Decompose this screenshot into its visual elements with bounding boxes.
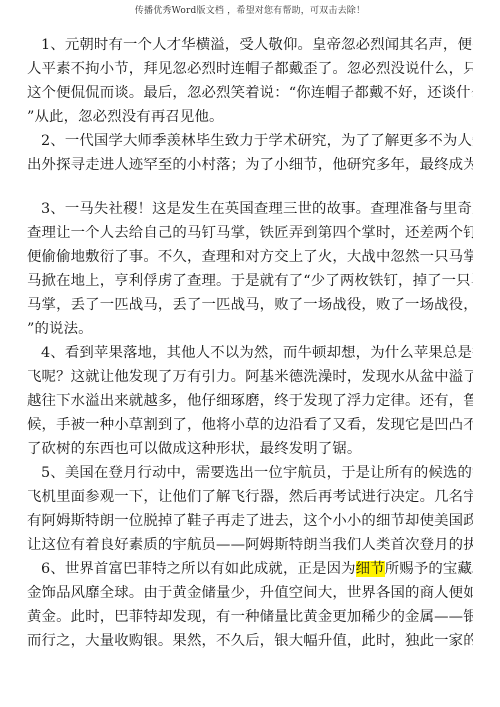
paragraph-2: 2、一代国学大师季羡林毕生致力于学术研究，为了了解更多不为人知的小细节，他 出外… (27, 129, 473, 177)
paragraph-spacer (27, 177, 473, 197)
text-line: 飞呢？这就让他发现了万有引力。阿基米德洗澡时，发现水从盆中溢了出来，而且身体 (27, 365, 473, 389)
text-line: 黄金。此时，巴菲特却发现，有一种储量比黄金更加稀少的金属——银。于是，他便逆 (27, 605, 473, 629)
text-line: 3、一马失社稷！这是发生在英国查理三世的故事。查理准备与里奇蒙德决一死战， (27, 197, 473, 221)
text-span: 所赐予的宝藏。多年之前，黄 (385, 561, 473, 577)
text-line: 2、一代国学大师季羡林毕生致力于学术研究，为了了解更多不为人知的小细节，他 (27, 129, 473, 153)
text-line: 4、看到苹果落地，其他人不以为然，而牛顿却想，为什么苹果总是往下掉而不往上 (27, 341, 473, 365)
text-line: 6、世界首富巴菲特之所以有如此成就，正是因为细节所赐予的宝藏。多年之前，黄 (27, 557, 473, 581)
text-line: 金饰品风靡全球。由于黄金储量少，升值空间大，世界各国的商人便如潮涌般大量收购 (27, 581, 473, 605)
document-header-notice: 传播优秀Word版文档 ，希望对您有帮助，可双击去除！ (0, 3, 500, 16)
text-line: 越往下水溢出来就越多，他仔细琢磨，终于发现了浮力定律。还有，鲁班上山砍柴的时 (27, 389, 473, 413)
text-line: 而行之，大量收购银。果然，不久后，银大幅升值，此时，独此一家的巴菲特便扶摇而 (27, 629, 473, 653)
text-line: 这个便侃侃而谈。最后，忽必烈笑着说：“你连帽子都戴不好，还谈什么治国之道呢？ (27, 81, 473, 105)
text-line: 飞机里面参观一下，让他们了解飞行器，然后再考试进行决定。几名宇航员进去了，只 (27, 485, 473, 509)
document-page: 1、元朝时有一个人才华横溢，受人敬仰。皇帝忽必烈闻其名声，便召见了他。这个 人平… (27, 33, 473, 653)
text-line: 查理让一个人去给自己的马钉马掌，铁匠弄到第四个掌时，还差两个钉子来钉第四个掌， (27, 221, 473, 245)
paragraph-1: 1、元朝时有一个人才华横溢，受人敬仰。皇帝忽必烈闻其名声，便召见了他。这个 人平… (27, 33, 473, 129)
text-line: 候，手被一种小草割到了，他将小草的边沿看了又看，发现它是凹凸不平的，由此想到 (27, 413, 473, 437)
text-line: 人平素不拘小节，拜见忽必烈时连帽子都戴歪了。忽必烈没说什么，只问其治国之道， (27, 57, 473, 81)
text-line: 马掀在地上，亨利俘虏了查理。于是就有了“少了两枚铁钉，掉了一只马掌，掉了一只 (27, 269, 473, 293)
text-line: 1、元朝时有一个人才华横溢，受人敬仰。皇帝忽必烈闻其名声，便召见了他。这个 (27, 33, 473, 57)
text-line: 出外探寻走进人迹罕至的小村落；为了小细节，他研究多年，最终成为国人敬仰的大师。 (27, 153, 473, 177)
highlighted-word: 细节 (356, 561, 385, 577)
paragraph-3: 3、一马失社稷！这是发生在英国查理三世的故事。查理准备与里奇蒙德决一死战， 查理… (27, 197, 473, 341)
text-span: 6、世界首富巴菲特之所以有如此成就，正是因为 (41, 561, 356, 577)
text-line: 5、美国在登月行动中，需要选出一位宇航员，于是让所有的候选的宇航员来到航天 (27, 461, 473, 485)
text-line: 有阿姆斯特朗一位脱掉了鞋子再走了进去，这个小小的细节却使美国政府官员当即决定， (27, 509, 473, 533)
text-line: 让这位有着良好素质的宇航员——阿姆斯特朗当我们人类首次登月的执行人。 (27, 533, 473, 557)
text-line: 了砍树的东西也可以做成这种形状，最终发明了锯。 (27, 437, 473, 461)
text-line: 便偷偷地敷衍了事。不久，查理和对方交上了火，大战中忽然一只马掌掉了，国王被战 (27, 245, 473, 269)
paragraph-6: 6、世界首富巴菲特之所以有如此成就，正是因为细节所赐予的宝藏。多年之前，黄 金饰… (27, 557, 473, 653)
paragraph-4: 4、看到苹果落地，其他人不以为然，而牛顿却想，为什么苹果总是往下掉而不往上 飞呢… (27, 341, 473, 461)
text-line: 马掌，丢了一匹战马，丢了一匹战马，败了一场战役，败了一场战役，失了一个国家。 (27, 293, 473, 317)
paragraph-5: 5、美国在登月行动中，需要选出一位宇航员，于是让所有的候选的宇航员来到航天 飞机… (27, 461, 473, 557)
text-line: ”从此，忽必烈没有再召见他。 (27, 105, 473, 129)
text-line: ”的说法。 (27, 317, 473, 341)
